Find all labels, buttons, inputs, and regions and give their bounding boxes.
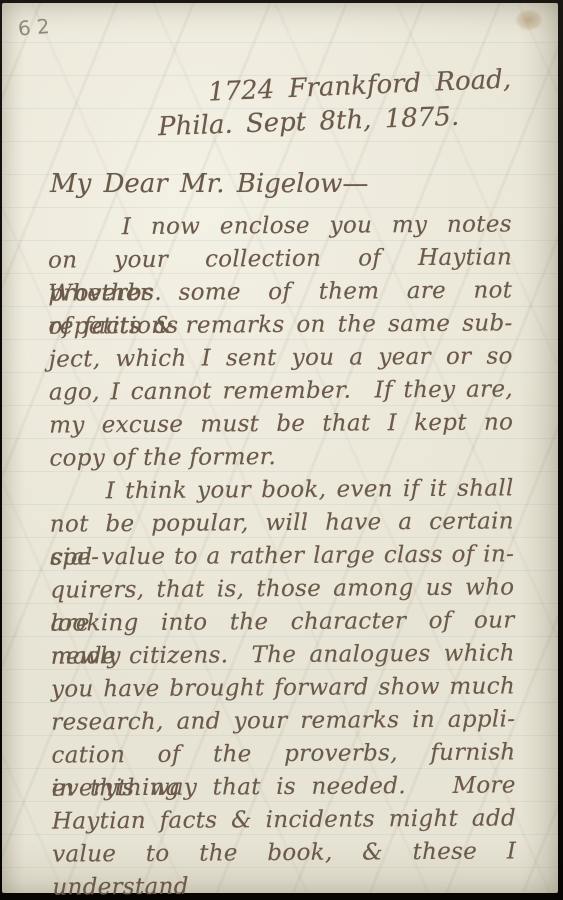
letter-line: you have brought forward show much xyxy=(51,670,515,706)
corner-stain xyxy=(510,5,548,35)
letter-line: Haytian facts & incidents might add xyxy=(52,802,516,838)
letter-line: cation of the proverbs, furnish everythi… xyxy=(51,736,515,772)
letter-line: value to the book, & these I understand xyxy=(52,835,516,871)
scanned-letter-frame: 62 1724 Frankford Road, Phila. Sept 8th,… xyxy=(0,0,563,900)
letter-line: looking into the character of our newly xyxy=(50,604,514,640)
letter-line: I now enclose you my notes xyxy=(48,208,512,244)
letter-body: I now enclose you my notes on your colle… xyxy=(48,208,517,871)
letter-line: I think your book, even if it shall xyxy=(50,472,514,508)
letter-line: not be popular, will have a certain spe- xyxy=(50,505,514,541)
letter-line: copy of the former. xyxy=(49,439,513,475)
letter-paper: 62 1724 Frankford Road, Phila. Sept 8th,… xyxy=(2,3,558,893)
letter-line: research, and your remarks in appli- xyxy=(51,703,515,739)
letter-line: quirers, that is, those among us who are xyxy=(50,571,514,607)
salutation: My Dear Mr. Bigelow— xyxy=(50,169,368,199)
letter-line: cial value to a rather large class of in… xyxy=(50,538,514,574)
page-number: 62 xyxy=(17,13,56,40)
letter-line: in this way that is needed. More xyxy=(52,769,516,805)
date-line: Phila. Sept 8th, 1875. xyxy=(158,102,460,142)
letter-line: made citizens. The analogues which xyxy=(51,637,515,673)
letter-line: my excuse must be that I kept no xyxy=(49,406,513,442)
address-line: 1724 Frankford Road, xyxy=(207,64,511,107)
letter-line: Whether some of them are not repetitions xyxy=(48,274,512,310)
letter-line: on your collection of Haytian proverbs. xyxy=(48,241,512,277)
letter-line: ago, I cannot remember. If they are, xyxy=(49,373,513,409)
letter-line: ject, which I sent you a year or so xyxy=(49,340,513,376)
letter-line: of facts & remarks on the same sub- xyxy=(48,307,512,343)
